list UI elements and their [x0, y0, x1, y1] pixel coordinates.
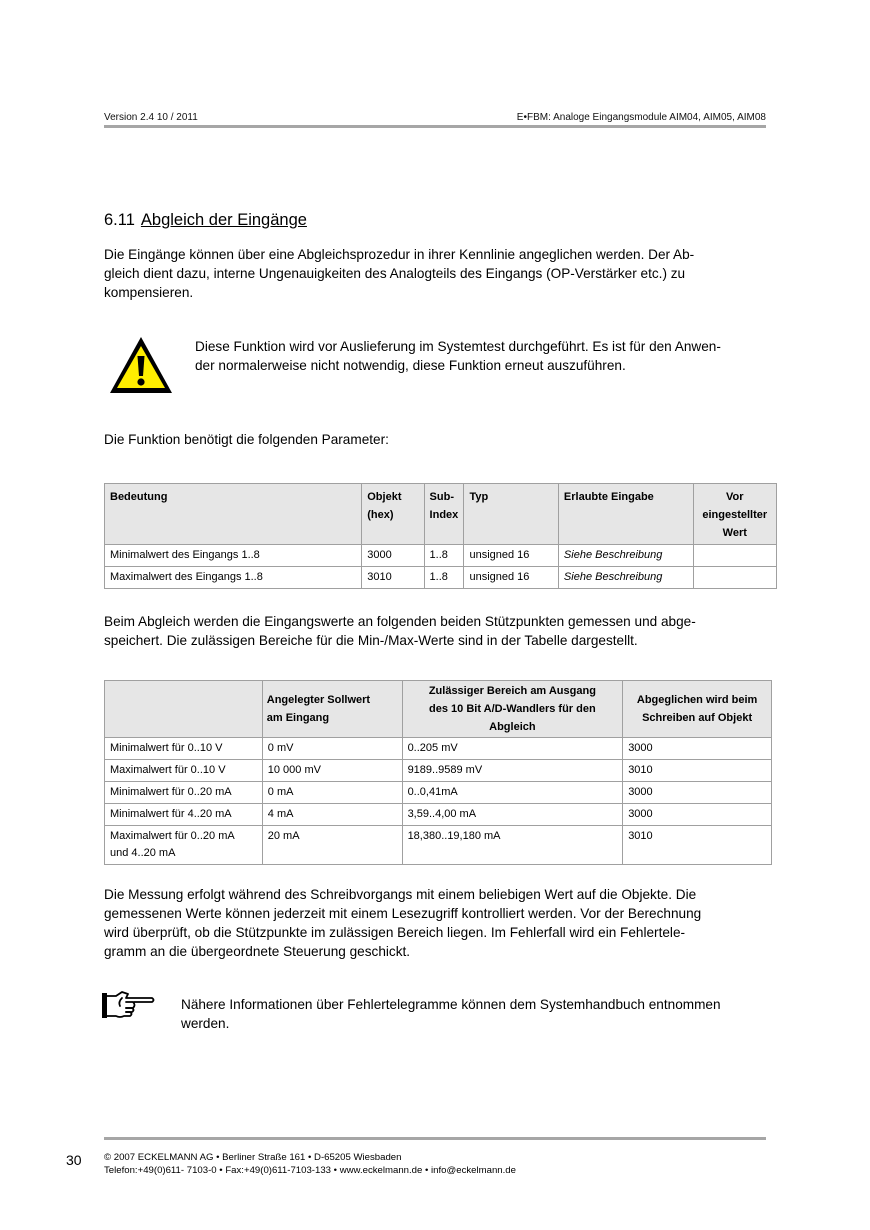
warning-line: der normalerweise nicht notwendig, diese… — [195, 356, 775, 375]
cell-bereich: 9189..9589 mV — [402, 760, 623, 782]
header-sollwert: Angelegter Sollwertam Eingang — [262, 681, 402, 738]
header-objekt: Objekt(hex) — [362, 484, 424, 545]
footer-rule — [104, 1137, 766, 1140]
warning-text: Diese Funktion wird vor Auslieferung im … — [195, 337, 775, 375]
cell-objekt: 3000 — [623, 804, 772, 826]
note-text: Nähere Informationen über Fehlertelegram… — [181, 995, 781, 1033]
table-row: Maximalwert für 0..10 V10 000 mV9189..95… — [105, 760, 772, 782]
calibration-intro-line: speichert. Die zulässigen Bereiche für d… — [104, 631, 774, 650]
warning-triangle-icon — [108, 335, 174, 395]
cell-subindex: 1..8 — [424, 567, 464, 589]
cell-label: Minimalwert für 0..10 V — [105, 738, 263, 760]
measurement-line: Die Messung erfolgt während des Schreibv… — [104, 885, 774, 904]
cell-label: Maximalwert für 0..20 mAund 4..20 mA — [105, 826, 263, 865]
header-rule — [104, 125, 766, 128]
header-document-title: E•FBM: Analoge Eingangsmodule AIM04, AIM… — [517, 112, 766, 123]
cell-objekt: 3010 — [623, 826, 772, 865]
cell-sollwert: 10 000 mV — [262, 760, 402, 782]
header-bedeutung: Bedeutung — [105, 484, 362, 545]
cell-objekt: 3000 — [362, 545, 424, 567]
header-empty — [105, 681, 263, 738]
cell-bereich: 18,380..19,180 mA — [402, 826, 623, 865]
cell-sollwert: 0 mA — [262, 782, 402, 804]
cell-objekt: 3010 — [623, 760, 772, 782]
page-number: 30 — [66, 1152, 82, 1168]
intro-line: kompensieren. — [104, 283, 774, 302]
section-number: 6.11 — [104, 211, 135, 229]
note-line: werden. — [181, 1014, 781, 1033]
cell-eingabe: Siehe Beschreibung — [558, 545, 693, 567]
cell-objekt: 3000 — [623, 782, 772, 804]
cell-sollwert: 0 mV — [262, 738, 402, 760]
table-header-row: Angelegter Sollwertam Eingang Zulässiger… — [105, 681, 772, 738]
cell-subindex: 1..8 — [424, 545, 464, 567]
measurement-line: wird überprüft, ob die Stützpunkte im zu… — [104, 923, 774, 942]
cell-bereich: 0..0,41mA — [402, 782, 623, 804]
measurement-line: gramm an die übergeordnete Steuerung ges… — [104, 942, 774, 961]
cell-sollwert: 20 mA — [262, 826, 402, 865]
cell-eingabe: Siehe Beschreibung — [558, 567, 693, 589]
cell-bedeutung: Minimalwert des Eingangs 1..8 — [105, 545, 362, 567]
header-abgeglichen-objekt: Abgeglichen wird beimSchreiben auf Objek… — [623, 681, 772, 738]
calibration-intro: Beim Abgleich werden die Eingangswerte a… — [104, 612, 774, 650]
footer-company-address: © 2007 ECKELMANN AG • Berliner Straße 16… — [104, 1152, 401, 1163]
cell-typ: unsigned 16 — [464, 567, 558, 589]
intro-line: Die Eingänge können über eine Abgleichsp… — [104, 245, 774, 264]
parameter-table: Bedeutung Objekt(hex) Sub-Index Typ Erla… — [104, 483, 777, 589]
cell-voreinstellung — [693, 545, 776, 567]
section-heading: 6.11Abgleich der Eingänge — [104, 211, 307, 230]
table-row: Minimalwert des Eingangs 1..8 3000 1..8 … — [105, 545, 777, 567]
header-subindex: Sub-Index — [424, 484, 464, 545]
cell-bedeutung: Maximalwert des Eingangs 1..8 — [105, 567, 362, 589]
cell-label: Maximalwert für 0..10 V — [105, 760, 263, 782]
table-row: Maximalwert des Eingangs 1..8 3010 1..8 … — [105, 567, 777, 589]
cell-label: Minimalwert für 4..20 mA — [105, 804, 263, 826]
cell-voreinstellung — [693, 567, 776, 589]
cell-sollwert: 4 mA — [262, 804, 402, 826]
table-row: Minimalwert für 4..20 mA4 mA3,59..4,00 m… — [105, 804, 772, 826]
pointing-hand-icon — [100, 988, 156, 1022]
cell-objekt: 3010 — [362, 567, 424, 589]
header-typ: Typ — [464, 484, 558, 545]
cell-bereich: 0..205 mV — [402, 738, 623, 760]
cell-objekt: 3000 — [623, 738, 772, 760]
intro-line: gleich dient dazu, interne Ungenauigkeit… — [104, 264, 774, 283]
params-intro: Die Funktion benötigt die folgenden Para… — [104, 430, 774, 449]
table-row: Maximalwert für 0..20 mAund 4..20 mA20 m… — [105, 826, 772, 865]
measurement-line: gemessenen Werte können jederzeit mit ei… — [104, 904, 774, 923]
warning-line: Diese Funktion wird vor Auslieferung im … — [195, 337, 775, 356]
note-line: Nähere Informationen über Fehlertelegram… — [181, 995, 781, 1014]
header-zulaessiger-bereich: Zulässiger Bereich am Ausgangdes 10 Bit … — [402, 681, 623, 738]
calibration-intro-line: Beim Abgleich werden die Eingangswerte a… — [104, 612, 774, 631]
header-erlaubte-eingabe: Erlaubte Eingabe — [558, 484, 693, 545]
header-voreingestellter-wert: VoreingestellterWert — [693, 484, 776, 545]
cell-label: Minimalwert für 0..20 mA — [105, 782, 263, 804]
cell-bereich: 3,59..4,00 mA — [402, 804, 623, 826]
footer-contact: Telefon:+49(0)611- 7103-0 • Fax:+49(0)61… — [104, 1165, 516, 1176]
measurement-paragraph: Die Messung erfolgt während des Schreibv… — [104, 885, 774, 961]
table-row: Minimalwert für 0..10 V0 mV0..205 mV3000 — [105, 738, 772, 760]
table-header-row: Bedeutung Objekt(hex) Sub-Index Typ Erla… — [105, 484, 777, 545]
header-version: Version 2.4 10 / 2011 — [104, 112, 198, 123]
table-row: Minimalwert für 0..20 mA0 mA0..0,41mA300… — [105, 782, 772, 804]
section-title: Abgleich der Eingänge — [141, 211, 307, 229]
intro-paragraph: Die Eingänge können über eine Abgleichsp… — [104, 245, 774, 302]
calibration-table: Angelegter Sollwertam Eingang Zulässiger… — [104, 680, 772, 865]
cell-typ: unsigned 16 — [464, 545, 558, 567]
